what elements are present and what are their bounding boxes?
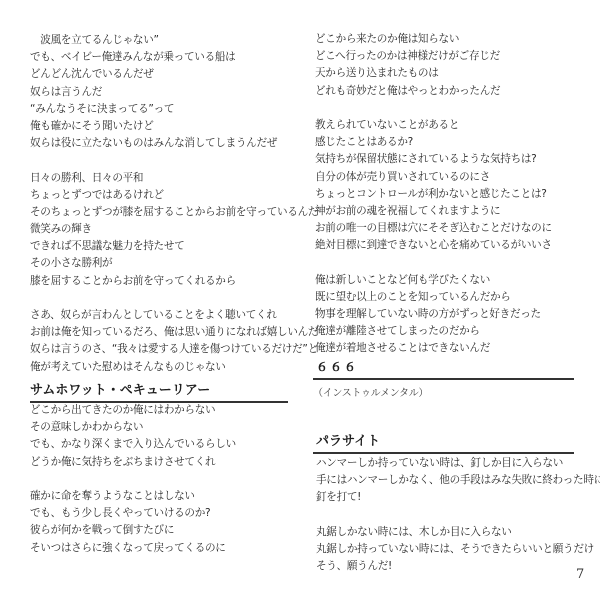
lyric-line: その意味しかわからない bbox=[30, 419, 292, 436]
lyric-line: 天から送り込まれたものは bbox=[315, 65, 585, 82]
lyric-line: 感じたことはあるか? bbox=[315, 134, 585, 151]
title-underline bbox=[313, 378, 574, 380]
page-number: 7 bbox=[576, 567, 584, 582]
song-heading: ６６６ （インストゥルメンタル） bbox=[313, 358, 574, 402]
lyric-line: その小さな勝利が bbox=[30, 255, 292, 272]
stanza-gap bbox=[30, 471, 292, 488]
lyric-line: どこから出てきたのか俺にはわからない bbox=[30, 402, 292, 419]
lyric-line: 気持ちが保留状態にされているような気持ちは? bbox=[315, 151, 585, 168]
lyric-line: ちょっとずつではあるけれど bbox=[30, 187, 292, 204]
lyric-line: ハンマーしか持っていない時は、釘しか目に入らない bbox=[316, 455, 586, 472]
lyric-line: 奴らは言うんだ bbox=[30, 84, 292, 101]
lyric-line: 日々の勝利、日々の平和 bbox=[30, 170, 292, 187]
lyric-line: 丸鋸しか持っていない時には、そうできたらいいと願うだけ bbox=[316, 541, 586, 558]
lyric-line: どんどん沈んでいるんだぜ bbox=[30, 66, 292, 83]
song-heading: サムホワット・ペキューリアー bbox=[30, 379, 288, 403]
instrumental-note: （インストゥルメンタル） bbox=[313, 385, 574, 402]
lyrics-block: ハンマーしか持っていない時は、釘しか目に入らない 手にはハンマーしかなく、他の手… bbox=[316, 455, 586, 507]
title-underline bbox=[313, 452, 574, 454]
lyric-line: 俺も確かにそう聞いたけど bbox=[30, 118, 292, 135]
song-heading: パラサイト bbox=[313, 430, 574, 454]
lyric-line: でも、もう少し長くやっていけるのか? bbox=[30, 505, 292, 522]
lyric-line: でも、かなり深くまで入り込んでいるらしい bbox=[30, 436, 292, 453]
lyrics-block: 教えられていないことがあると 感じたことはあるか? 気持ちが保留状態にされている… bbox=[315, 117, 585, 255]
right-column: どこから来たのか俺は知らない どこへ行ったのかは神様だけがご存じだ 天から送り込… bbox=[315, 31, 585, 358]
lyric-line: 俺は新しいことなど何も学びたくない bbox=[315, 272, 585, 289]
stanza-gap bbox=[315, 254, 585, 271]
lyric-line: でも、ベイビー俺達みんなが乗っている船は bbox=[30, 49, 292, 66]
lyric-line: できれば不思議な魅力を持たせて bbox=[30, 238, 292, 255]
right-column-lower: ハンマーしか持っていない時は、釘しか目に入らない 手にはハンマーしかなく、他の手… bbox=[316, 455, 586, 575]
lyric-line: 絶対目標に到達できないと心を痛めているがいいさ bbox=[315, 237, 585, 254]
lyric-line: 膝を屈することからお前を守ってくれるから bbox=[30, 273, 292, 290]
stanza-gap bbox=[30, 152, 292, 169]
lyric-line: 釘を打て! bbox=[316, 489, 586, 506]
lyric-line: さあ、奴らが言わんとしていることをよく聴いてくれ bbox=[30, 307, 292, 324]
lyrics-block: 波風を立てるんじゃない” でも、ベイビー俺達みんなが乗っている船は どんどん沈ん… bbox=[30, 32, 292, 152]
song-title: パラサイト bbox=[313, 430, 574, 449]
lyric-line: 教えられていないことがあると bbox=[315, 117, 585, 134]
lyric-line: 既に望む以上のことを知っているんだから bbox=[315, 289, 585, 306]
song-title: サムホワット・ペキューリアー bbox=[30, 379, 288, 398]
lyric-line: 神がお前の魂を祝福してくれますように bbox=[315, 203, 585, 220]
stanza-gap bbox=[30, 290, 292, 307]
lyric-line: そのちょっとずつが膝を屈することからお前を守っているんだ bbox=[30, 204, 292, 221]
lyric-line: 俺が考えていた慰めはそんなものじゃない bbox=[30, 359, 292, 376]
lyrics-block: どこから来たのか俺は知らない どこへ行ったのかは神様だけがご存じだ 天から送り込… bbox=[315, 31, 585, 100]
lyric-line: お前は俺を知っているだろ、俺は思い通りになれば嬉しいんだ bbox=[30, 324, 292, 341]
lyric-line: そいつはさらに強くなって戻ってくるのに bbox=[30, 540, 292, 557]
lyrics-block: 日々の勝利、日々の平和 ちょっとずつではあるけれど そのちょっとずつが膝を屈する… bbox=[30, 170, 292, 290]
lyric-line: 奴らは役に立たないものはみんな消してしまうんだぜ bbox=[30, 135, 292, 152]
lyric-line: 彼らが何かを戦って倒すたびに bbox=[30, 522, 292, 539]
lyric-line: どれも奇妙だと俺はやっとわかったんだ bbox=[315, 83, 585, 100]
left-column-lower: どこから出てきたのか俺にはわからない その意味しかわからない でも、かなり深くま… bbox=[30, 402, 292, 557]
lyric-line: ちょっとコントロールが利かないと感じたことは? bbox=[315, 186, 585, 203]
lyric-line: 丸鋸しかない時には、木しか目に入らない bbox=[316, 524, 586, 541]
lyric-line: 俺達が離陸させてしまったのだから bbox=[315, 323, 585, 340]
lyrics-block: どこから出てきたのか俺にはわからない その意味しかわからない でも、かなり深くま… bbox=[30, 402, 292, 471]
left-column: 波風を立てるんじゃない” でも、ベイビー俺達みんなが乗っている船は どんどん沈ん… bbox=[30, 32, 292, 376]
lyric-line: 手にはハンマーしかなく、他の手段はみな失敗に終わった時には bbox=[316, 472, 586, 489]
lyrics-block: 俺は新しいことなど何も学びたくない 既に望む以上のことを知っているんだから 物事… bbox=[315, 272, 585, 358]
lyric-line: どこから来たのか俺は知らない bbox=[315, 31, 585, 48]
lyric-line: どうか俺に気持ちをぶちまけさせてくれ bbox=[30, 454, 292, 471]
lyric-line: 物事を理解していない時の方がずっと好きだった bbox=[315, 306, 585, 323]
lyric-line: 波風を立てるんじゃない” bbox=[30, 32, 292, 49]
lyric-line: そう、願うんだ! bbox=[316, 558, 586, 575]
lyrics-block: さあ、奴らが言わんとしていることをよく聴いてくれ お前は俺を知っているだろ、俺は… bbox=[30, 307, 292, 376]
lyrics-block: 確かに命を奪うようなことはしない でも、もう少し長くやっていけるのか? 彼らが何… bbox=[30, 488, 292, 557]
lyric-line: 自分の体が売り買いされているのにさ bbox=[315, 169, 585, 186]
lyric-line: 俺達が着地させることはできないんだ bbox=[315, 340, 585, 357]
lyric-line: どこへ行ったのかは神様だけがご存じだ bbox=[315, 48, 585, 65]
lyric-line: 確かに命を奪うようなことはしない bbox=[30, 488, 292, 505]
lyrics-block: 丸鋸しかない時には、木しか目に入らない 丸鋸しか持っていない時には、そうできたら… bbox=[316, 524, 586, 576]
stanza-gap bbox=[316, 507, 586, 524]
lyric-line: 微笑みの輝き bbox=[30, 221, 292, 238]
lyric-line: “みんなうそに決まってる”って bbox=[30, 101, 292, 118]
lyric-line: お前の唯一の目標は穴にそそぎ込むことだけなのに bbox=[315, 220, 585, 237]
lyric-line: 奴らは言うのさ、“我々は愛する人達を傷つけているだけだ”と bbox=[30, 341, 292, 358]
stanza-gap bbox=[315, 100, 585, 117]
song-title: ６６６ bbox=[313, 358, 574, 375]
